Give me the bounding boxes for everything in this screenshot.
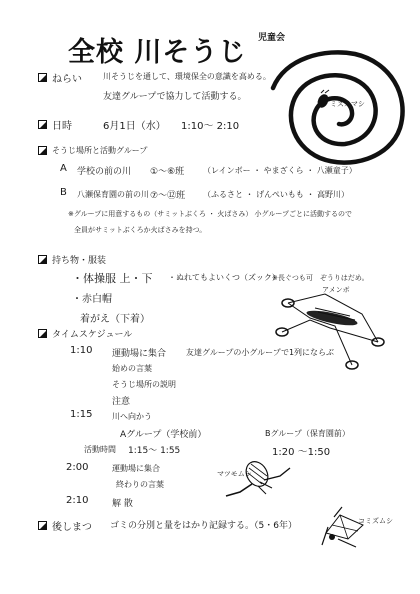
water-strider-illustration xyxy=(270,290,390,375)
note-line-1: ※グループに用意するもの（サミットぶくろ ・ 火ばさみ） 小グループごとに活動す… xyxy=(68,209,352,219)
section-places: そうじ場所と活動グループ xyxy=(38,145,147,156)
item-gym-clothes: ・体操服 上・下 xyxy=(72,270,153,286)
section-label: ねらい xyxy=(52,70,82,85)
schedule-time: 1:10 xyxy=(70,345,92,356)
section-label: タイムスケジュール xyxy=(52,327,132,340)
item-cap: ・赤白帽 xyxy=(72,290,112,305)
section-label: そうじ場所と活動グループ xyxy=(52,145,147,156)
schedule-time: 2:10 xyxy=(66,495,88,506)
schedule-aside: 友達グループの小グループで1列にならぶ xyxy=(186,347,334,358)
schedule-item: そうじ場所の説明 xyxy=(112,379,176,390)
event-time: 1:10〜 2:10 xyxy=(181,117,239,132)
place-groups-a: （レインボー ・ やまざくら ・ 八瀬童子） xyxy=(203,165,357,176)
water-bug-illustration xyxy=(318,505,368,550)
schedule-item: 始めの言葉 xyxy=(112,363,152,374)
place-name-a: 学校の前の川 xyxy=(77,164,131,177)
backswimmer-illustration xyxy=(222,458,297,504)
checkbox-icon xyxy=(38,329,47,338)
checkbox-icon xyxy=(38,120,47,129)
section-cleanup: 後しまつ xyxy=(38,518,92,533)
item-shoes: ・ぬれてもよいくつ（ズック） xyxy=(168,272,280,283)
whirligig-label: ミズスマシ xyxy=(330,99,365,109)
group-b-time: 1:20 〜1:50 xyxy=(272,443,330,458)
page-title: 全校 川そうじ xyxy=(68,30,246,69)
place-range-a: ①〜⑥班 xyxy=(150,164,184,177)
schedule-time: 2:00 xyxy=(66,462,88,473)
group-b-label: Bグループ（保育園前） xyxy=(265,428,350,439)
schedule-item: 注意 xyxy=(112,394,130,407)
schedule-item: 終わりの言葉 xyxy=(116,479,164,490)
place-key-a: A xyxy=(60,163,67,174)
cleanup-text: ゴミの分別と量をはかり記録する。（5・6年） xyxy=(110,518,297,531)
section-schedule: タイムスケジュール xyxy=(38,327,132,340)
checkbox-icon xyxy=(38,146,47,155)
activity-time-label: 活動時間 xyxy=(84,444,116,455)
checkbox-icon xyxy=(38,73,47,82)
place-groups-b: （ふるさと ・ げんぺいもも ・ 高野川） xyxy=(203,189,349,200)
item-change-clothes: 着がえ（下着） xyxy=(80,310,150,325)
schedule-item: 運動場に集合 xyxy=(112,463,160,474)
schedule-item: 運動場に集合 xyxy=(112,346,166,359)
section-datetime: 日時 xyxy=(38,117,72,132)
place-range-b: ⑦〜⑫班 xyxy=(150,188,185,201)
section-aim: ねらい xyxy=(38,70,82,85)
schedule-item: 川へ向かう xyxy=(112,411,152,422)
note-line-2: 全員がサミットぶくろか火ばさみを持つ。 xyxy=(74,225,206,235)
water-bug-label: コミズムシ xyxy=(358,516,393,526)
schedule-time: 1:15 xyxy=(70,409,92,420)
aim-line-2: 友達グループで協力して活動する。 xyxy=(103,89,247,102)
place-name-b: 八瀬保育園の前の川 xyxy=(77,189,149,200)
schedule-item: 解 散 xyxy=(112,496,133,509)
section-label: 日時 xyxy=(52,117,72,132)
item-shoes-note: ※長ぐつも可 ぞうりはだめ。 xyxy=(272,273,369,283)
group-a-label: Aグループ（学校前） xyxy=(120,427,206,440)
event-date: 6月1日（水） xyxy=(103,117,166,132)
checkbox-icon xyxy=(38,255,47,264)
section-label: 後しまつ xyxy=(52,518,92,533)
group-a-time: 1:15〜 1:55 xyxy=(128,443,180,456)
section-belongings: 持ち物・服装 xyxy=(38,253,106,266)
aim-line-1: 川そうじを通して、環境保全の意識を高める。 xyxy=(103,71,271,82)
place-key-b: B xyxy=(60,187,67,198)
section-label: 持ち物・服装 xyxy=(52,253,106,266)
checkbox-icon xyxy=(38,521,47,530)
whirligig-beetle-icon xyxy=(315,90,331,110)
